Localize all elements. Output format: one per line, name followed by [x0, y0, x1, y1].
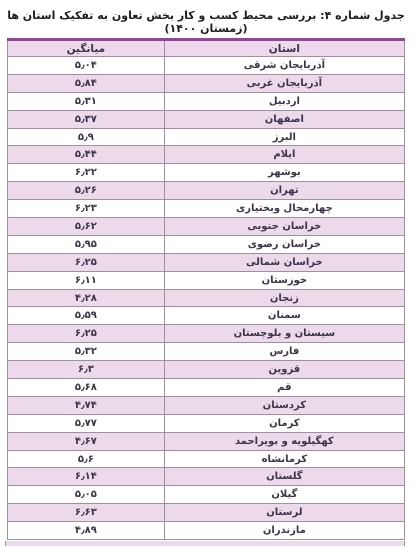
cutoff-next-row-sliver [5, 541, 405, 546]
table-row: اردبیل۵٫۳۱ [8, 92, 405, 110]
table-body: آذربایجان شرقی۵٫۰۴آذربایجان غربی۵٫۸۴اردب… [8, 57, 405, 540]
average-cell: ۵٫۹ [8, 128, 165, 146]
header-row: استان میانگین [8, 40, 405, 57]
table-row: خراسان رضوی۵٫۹۵ [8, 235, 405, 253]
table-row: سیستان و بلوچستان۶٫۲۵ [8, 325, 405, 343]
average-cell: ۵٫۴۴ [8, 146, 165, 164]
table-row: گیلان۵٫۰۵ [8, 486, 405, 504]
table-row: اصفهان۵٫۳۷ [8, 110, 405, 128]
province-cell: قم [164, 379, 404, 397]
table-row: کردستان۴٫۷۴ [8, 396, 405, 414]
province-cell: البرز [164, 128, 404, 146]
average-cell: ۴٫۶۷ [8, 432, 165, 450]
province-cell: اصفهان [164, 110, 404, 128]
header-province: استان [164, 40, 404, 57]
average-cell: ۵٫۵۹ [8, 307, 165, 325]
average-cell: ۵٫۸۴ [8, 74, 165, 92]
table-row: کهگیلویه و بویراحمد۴٫۶۷ [8, 432, 405, 450]
table-row: مازندران۴٫۸۹ [8, 522, 405, 540]
report-page: جدول شماره ۴: بررسی محیط کسب و کار بخش ت… [0, 0, 412, 548]
average-cell: ۴٫۷۴ [8, 396, 165, 414]
province-cell: گیلان [164, 486, 404, 504]
provinces-table: استان میانگین آذربایجان شرقی۵٫۰۴آذربایجا… [7, 38, 405, 540]
province-cell: آذربایجان غربی [164, 74, 404, 92]
average-cell: ۵٫۶۲ [8, 218, 165, 236]
table-row: قم۵٫۶۸ [8, 379, 405, 397]
table-row: البرز۵٫۹ [8, 128, 405, 146]
table-row: قزوین۶٫۳ [8, 361, 405, 379]
average-cell: ۶٫۳ [8, 361, 165, 379]
average-cell: ۵٫۰۴ [8, 57, 165, 75]
province-cell: سمنان [164, 307, 404, 325]
province-cell: کهگیلویه و بویراحمد [164, 432, 404, 450]
table-row: تهران۵٫۲۶ [8, 182, 405, 200]
average-cell: ۵٫۶۸ [8, 379, 165, 397]
province-cell: خراسان رضوی [164, 235, 404, 253]
average-cell: ۵٫۲۶ [8, 182, 165, 200]
provinces-table-wrapper: استان میانگین آذربایجان شرقی۵٫۰۴آذربایجا… [7, 38, 405, 546]
province-cell: کرمانشاه [164, 450, 404, 468]
table-row: آذربایجان غربی۵٫۸۴ [8, 74, 405, 92]
table-row: خوزستان۶٫۱۱ [8, 271, 405, 289]
average-cell: ۴٫۸۹ [8, 522, 165, 540]
province-cell: قزوین [164, 361, 404, 379]
average-cell: ۵٫۳۷ [8, 110, 165, 128]
table-row: کرمان۵٫۷۷ [8, 414, 405, 432]
province-cell: فارس [164, 343, 404, 361]
average-cell: ۶٫۲۵ [8, 325, 165, 343]
province-cell: خوزستان [164, 271, 404, 289]
average-cell: ۵٫۰۵ [8, 486, 165, 504]
province-cell: کردستان [164, 396, 404, 414]
table-row: خراسان شمالی۶٫۲۵ [8, 253, 405, 271]
province-cell: بوشهر [164, 164, 404, 182]
province-cell: آذربایجان شرقی [164, 57, 404, 75]
province-cell: کرمان [164, 414, 404, 432]
average-cell: ۵٫۹۵ [8, 235, 165, 253]
province-cell: تهران [164, 182, 404, 200]
province-cell: سیستان و بلوچستان [164, 325, 404, 343]
table-row: ایلام۵٫۴۴ [8, 146, 405, 164]
average-cell: ۵٫۶ [8, 450, 165, 468]
table-row: کرمانشاه۵٫۶ [8, 450, 405, 468]
table-title: جدول شماره ۴: بررسی محیط کسب و کار بخش ت… [0, 0, 412, 38]
province-cell: زنجان [164, 289, 404, 307]
average-cell: ۵٫۳۱ [8, 92, 165, 110]
province-cell: خراسان جنوبی [164, 218, 404, 236]
average-cell: ۴٫۲۸ [8, 289, 165, 307]
table-row: فارس۵٫۳۲ [8, 343, 405, 361]
table-row: بوشهر۶٫۲۲ [8, 164, 405, 182]
average-cell: ۶٫۶۳ [8, 504, 165, 522]
table-row: گلستان۶٫۱۴ [8, 468, 405, 486]
province-cell: اردبیل [164, 92, 404, 110]
average-cell: ۶٫۱۴ [8, 468, 165, 486]
table-row: لرستان۶٫۶۳ [8, 504, 405, 522]
table-row: سمنان۵٫۵۹ [8, 307, 405, 325]
province-cell: ایلام [164, 146, 404, 164]
average-cell: ۶٫۱۱ [8, 271, 165, 289]
province-cell: لرستان [164, 504, 404, 522]
province-cell: خراسان شمالی [164, 253, 404, 271]
province-cell: مازندران [164, 522, 404, 540]
table-row: زنجان۴٫۲۸ [8, 289, 405, 307]
province-cell: چهارمحال وبختیاری [164, 200, 404, 218]
average-cell: ۶٫۲۲ [8, 164, 165, 182]
average-cell: ۵٫۳۲ [8, 343, 165, 361]
header-average: میانگین [8, 40, 165, 57]
table-row: خراسان جنوبی۵٫۶۲ [8, 218, 405, 236]
table-row: چهارمحال وبختیاری۶٫۲۳ [8, 200, 405, 218]
table-row: آذربایجان شرقی۵٫۰۴ [8, 57, 405, 75]
average-cell: ۶٫۲۵ [8, 253, 165, 271]
average-cell: ۶٫۲۳ [8, 200, 165, 218]
province-cell: گلستان [164, 468, 404, 486]
average-cell: ۵٫۷۷ [8, 414, 165, 432]
